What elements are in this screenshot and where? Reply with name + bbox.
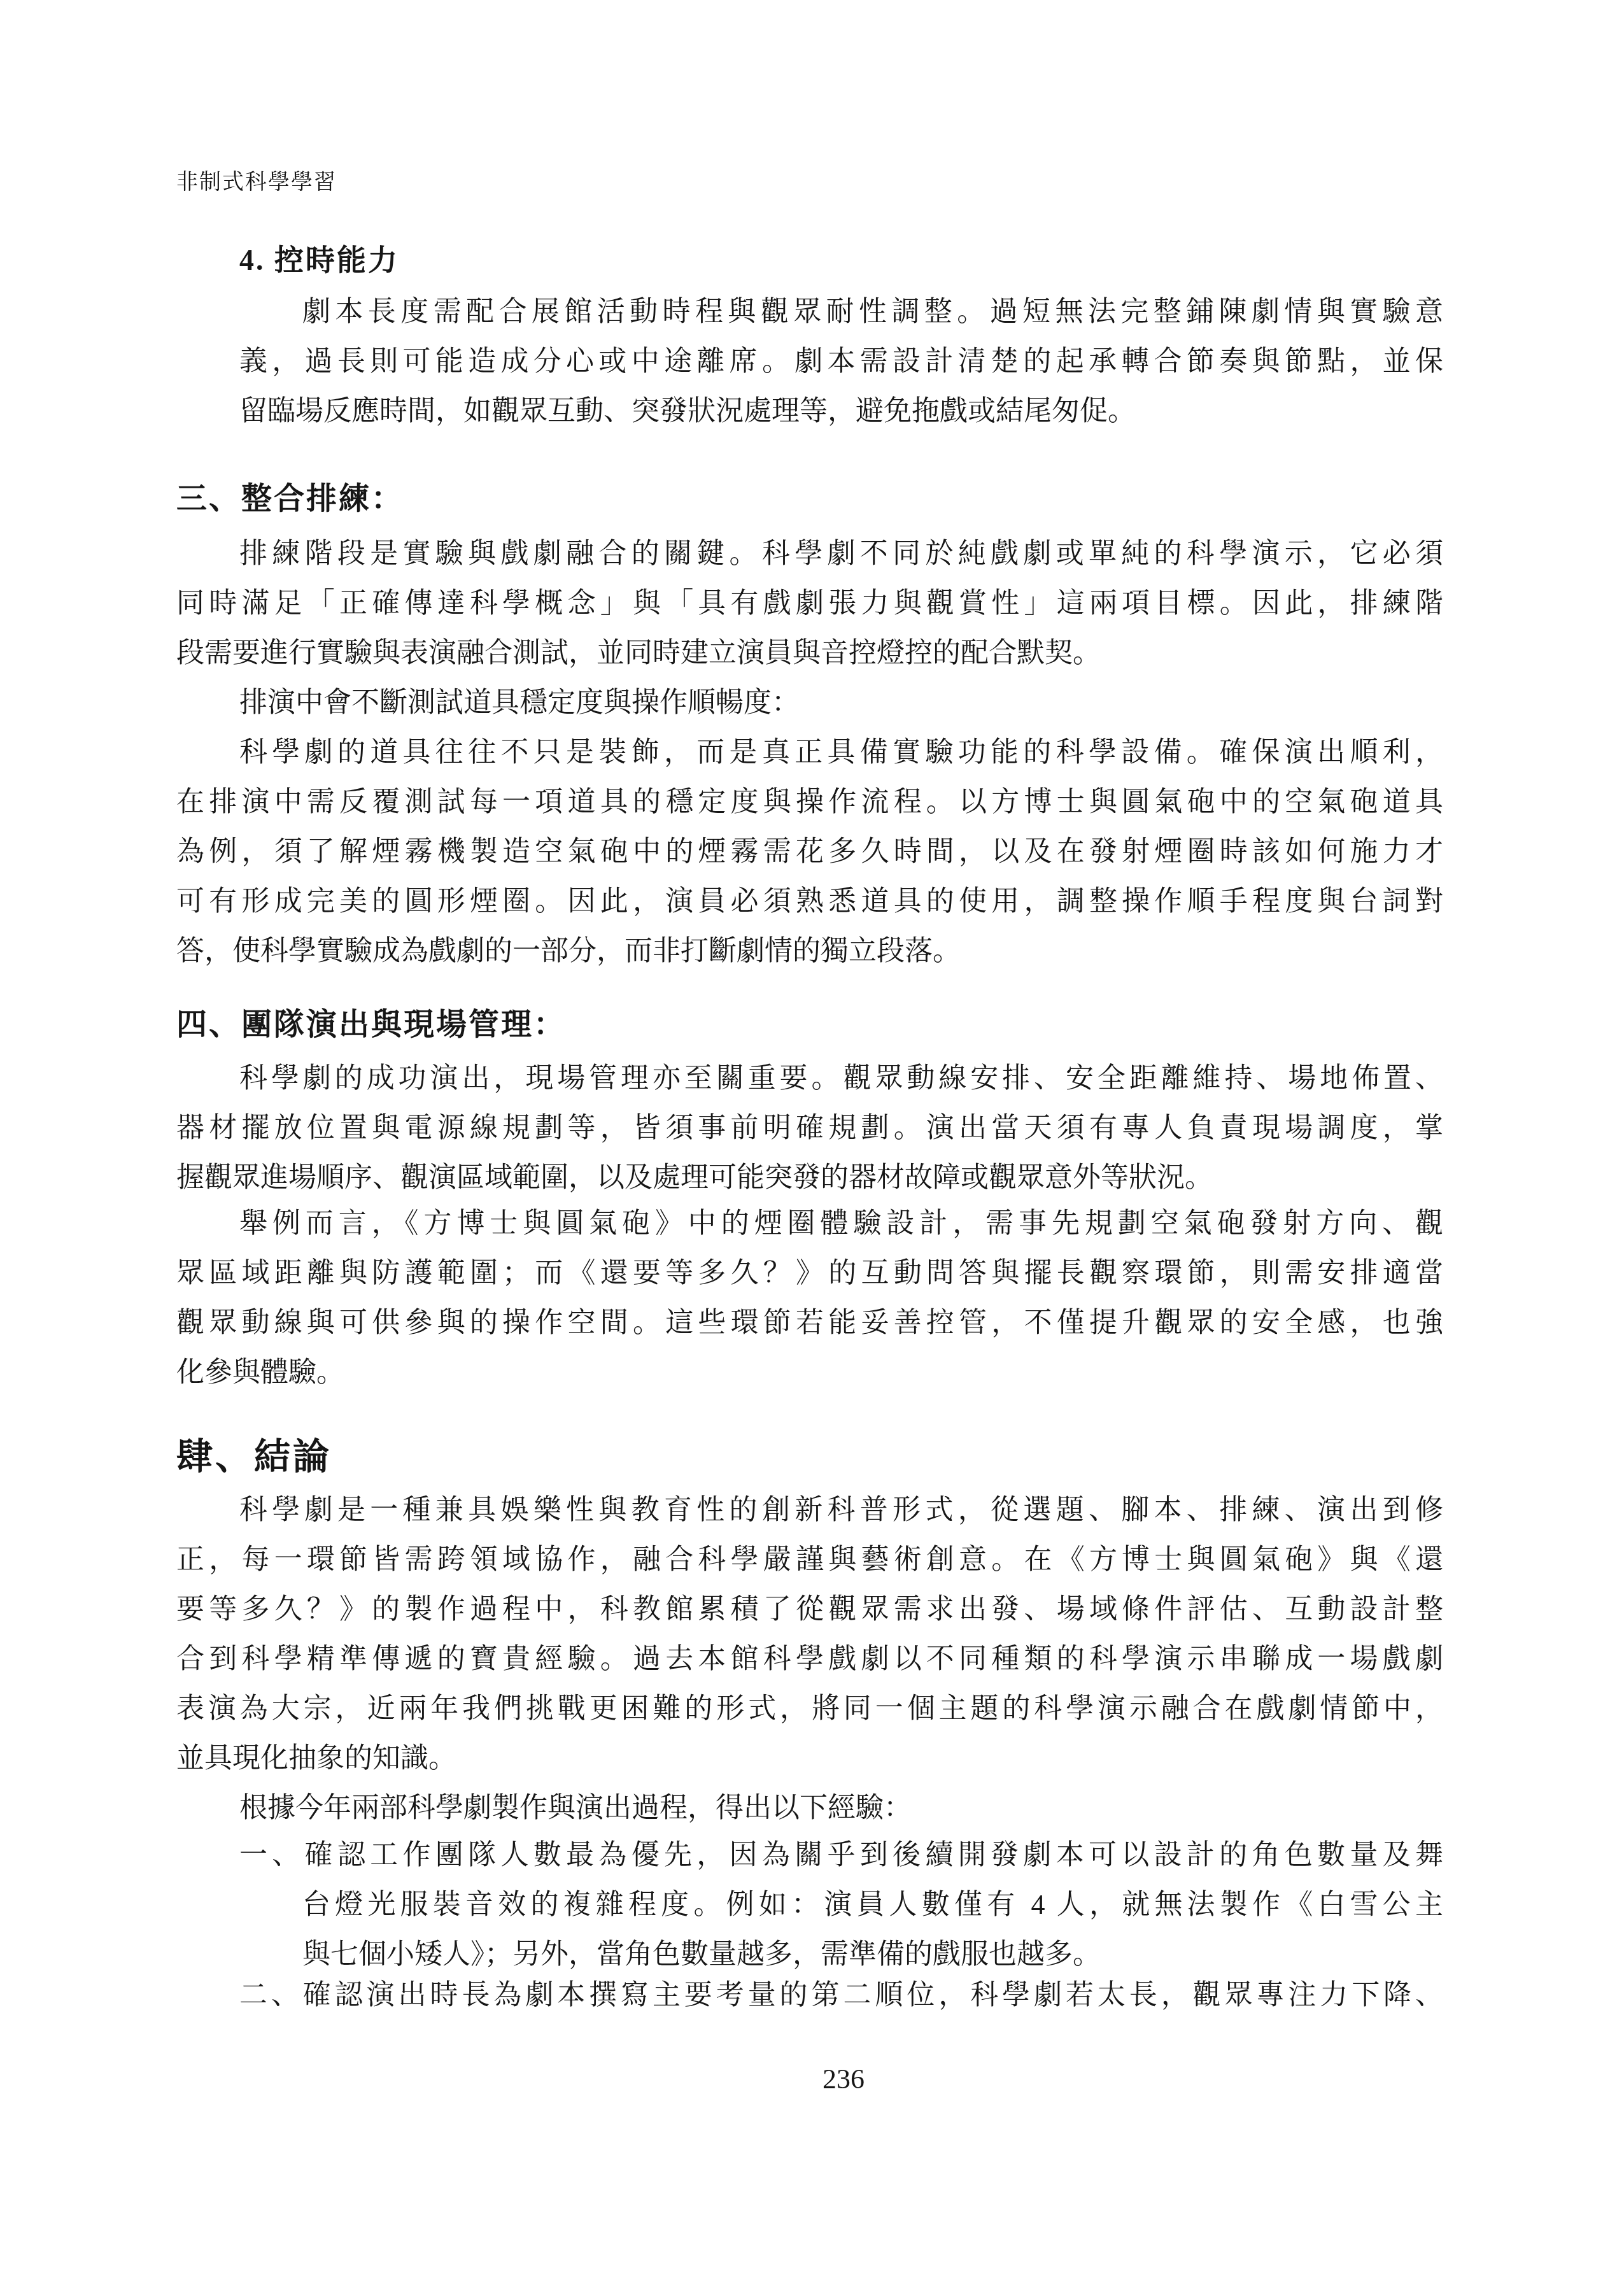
- list-item-1-team-size: 一、確認工作團隊人數最為優先，因為關乎到後續開發劇本可以設計的角色數量及舞台燈光…: [239, 1830, 1443, 1979]
- page-number: 236: [716, 2063, 971, 2096]
- paragraph-conclusion-lead-in: 根據今年兩部科學劇製作與演出過程，得出以下經驗：: [176, 1783, 1443, 1833]
- text-line: 化參與體驗。: [176, 1348, 1443, 1397]
- text-line: 答，使科學實驗成為戲劇的一部分，而非打斷劇情的獨立段落。: [176, 926, 1443, 976]
- text-line: 表演為大宗，近兩年我們挑戰更困難的形式，將同一個主題的科學演示融合在戲劇情節中，: [176, 1684, 1443, 1734]
- text-line: 並具現化抽象的知識。: [176, 1734, 1443, 1783]
- text-line: 段需要進行實驗與表演融合測試，並同時建立演員與音控燈控的配合默契。: [176, 628, 1443, 678]
- paragraph-rehearsal-3: 科學劇的道具往往不只是裝飾，而是真正具備實驗功能的科學設備。確保演出順利，在排演…: [176, 728, 1443, 976]
- text-line: 要等多久？》的製作過程中，科教館累積了從觀眾需求出發、場域條件評估、互動設計整: [176, 1585, 1443, 1634]
- text-line: 正，每一環節皆需跨領域協作，融合科學嚴謹與藝術創意。在《方博士與圓氣砲》與《還: [176, 1535, 1443, 1585]
- text-line: 舉例而言，《方博士與圓氣砲》中的煙圈體驗設計，需事先規劃空氣砲發射方向、觀: [176, 1199, 1443, 1249]
- text-line: 科學劇的道具往往不只是裝飾，而是真正具備實驗功能的科學設備。確保演出順利，: [176, 728, 1443, 777]
- paragraph-rehearsal-2: 排演中會不斷測試道具穩定度與操作順暢度：: [176, 678, 1443, 728]
- paragraph-conclusion-1: 科學劇是一種兼具娛樂性與教育性的創新科普形式，從選題、腳本、排練、演出到修正，每…: [176, 1485, 1443, 1783]
- heading-team-performance-management: 四、團隊演出與現場管理：: [176, 1007, 566, 1043]
- text-line: 同時滿足「正確傳達科學概念」與「具有戲劇張力與觀賞性」這兩項目標。因此，排練階: [176, 579, 1443, 628]
- text-line: 義，過長則可能造成分心或中途離席。劇本需設計清楚的起承轉合節奏與節點，並保: [239, 337, 1443, 386]
- paragraph-rehearsal-1: 排練階段是實驗與戲劇融合的關鍵。科學劇不同於純戲劇或單純的科學演示，它必須同時滿…: [176, 529, 1443, 678]
- text-line: 可有形成完美的圓形煙圈。因此，演員必須熟悉道具的使用，調整操作順手程度與台詞對: [176, 877, 1443, 926]
- text-line: 為例，須了解煙霧機製造空氣砲中的煙霧需花多久時間，以及在發射煙圈時該如何施力才: [176, 827, 1443, 877]
- text-line: 留臨場反應時間，如觀眾互動、突發狀況處理等，避免拖戲或結尾匆促。: [239, 386, 1443, 436]
- text-line: 科學劇的成功演出，現場管理亦至關重要。觀眾動線安排、安全距離維持、場地佈置、: [176, 1054, 1443, 1103]
- text-line: 握觀眾進場順序、觀演區域範圍，以及處理可能突發的器材故障或觀眾意外等狀況。: [176, 1153, 1443, 1203]
- document-page: 非制式科學學習 4. 控時能力 劇本長度需配合展館活動時程與觀眾耐性調整。過短無…: [0, 0, 1624, 2278]
- text-line: 一、確認工作團隊人數最為優先，因為關乎到後續開發劇本可以設計的角色數量及舞: [239, 1830, 1443, 1880]
- text-line: 在排演中需反覆測試每一項道具的穩定度與操作流程。以方博士與圓氣砲中的空氣砲道具: [176, 777, 1443, 827]
- text-line: 二、確認演出時長為劇本撰寫主要考量的第二順位，科學劇若太長，觀眾專注力下降、: [239, 1970, 1443, 2020]
- running-header: 非制式科學學習: [176, 169, 337, 196]
- heading-integrated-rehearsal: 三、整合排練：: [176, 481, 404, 518]
- text-line: 劇本長度需配合展館活動時程與觀眾耐性調整。過短無法完整鋪陳劇情與實驗意: [239, 287, 1443, 337]
- list-item-2-show-length: 二、確認演出時長為劇本撰寫主要考量的第二順位，科學劇若太長，觀眾專注力下降、: [239, 1970, 1443, 2020]
- text-line: 科學劇是一種兼具娛樂性與教育性的創新科普形式，從選題、腳本、排練、演出到修: [176, 1485, 1443, 1535]
- text-line: 觀眾動線與可供參與的操作空間。這些環節若能妥善控管，不僅提升觀眾的安全感，也強: [176, 1298, 1443, 1348]
- text-line: 台燈光服裝音效的複雜程度。例如：演員人數僅有 4 人，就無法製作《白雪公主: [302, 1880, 1443, 1930]
- text-line: 器材擺放位置與電源線規劃等，皆須事前明確規劃。演出當天須有專人負責現場調度，掌: [176, 1103, 1443, 1153]
- text-line: 合到科學精準傳遞的寶貴經驗。過去本館科學戲劇以不同種類的科學演示串聯成一場戲劇: [176, 1634, 1443, 1684]
- paragraph-timing-ability: 劇本長度需配合展館活動時程與觀眾耐性調整。過短無法完整鋪陳劇情與實驗意義，過長則…: [239, 287, 1443, 436]
- text-line: 根據今年兩部科學劇製作與演出過程，得出以下經驗：: [176, 1783, 1443, 1833]
- paragraph-team-2: 舉例而言，《方博士與圓氣砲》中的煙圈體驗設計，需事先規劃空氣砲發射方向、觀眾區域…: [176, 1199, 1443, 1397]
- text-line: 眾區域距離與防護範圍；而《還要等多久？》的互動問答與擺長觀察環節，則需安排適當: [176, 1249, 1443, 1298]
- heading-timing-ability: 4. 控時能力: [239, 243, 399, 278]
- paragraph-team-1: 科學劇的成功演出，現場管理亦至關重要。觀眾動線安排、安全距離維持、場地佈置、器材…: [176, 1054, 1443, 1203]
- text-line: 排演中會不斷測試道具穩定度與操作順暢度：: [176, 678, 1443, 728]
- heading-conclusion: 肆、結論: [176, 1436, 332, 1478]
- text-line: 排練階段是實驗與戲劇融合的關鍵。科學劇不同於純戲劇或單純的科學演示，它必須: [176, 529, 1443, 579]
